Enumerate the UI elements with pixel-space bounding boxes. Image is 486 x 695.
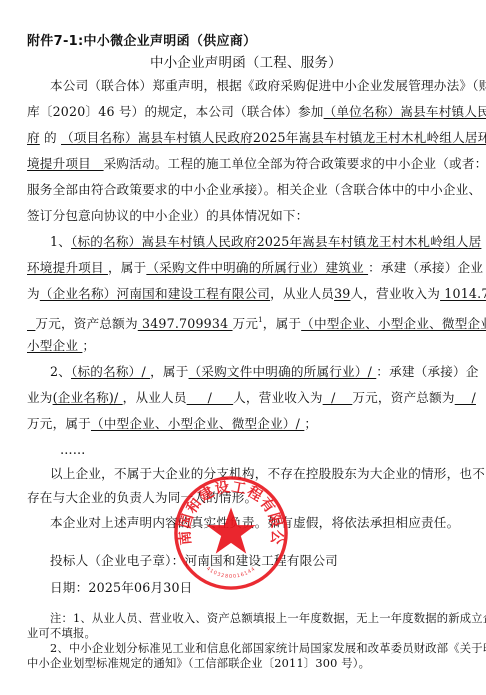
item1-assets: 3497.709934 <box>138 316 233 331</box>
item2-employees: / <box>187 390 233 405</box>
item1-size-value: 小型企业 <box>27 338 82 353</box>
note-2-line-2: 中小企业划型标准规定的通知》（工信部联企业〔2011〕300 号）。 <box>27 657 370 671</box>
item1-line-4: 万元，资产总额为 3497.709934 万元1，属于（中型企业、小型企业、微型… <box>27 312 486 332</box>
item2-line-3: 万元，属于（中型企业、小型企业、微型企业）/ ； <box>27 416 317 432</box>
item1-subject-name: （标的名称）嵩县车村镇人民政府2025年嵩县车村镇龙王村木札岭组人居 <box>71 234 481 249</box>
unit-name-field: （单位名称）嵩县车村镇人民政 <box>324 104 486 119</box>
intro-line-6: 签订分包意向协议的中小企业）的具体情况如下： <box>27 208 308 224</box>
date-label: 日期： <box>50 580 88 595</box>
item2-size-options: （中型企业、小型企业、微型企业）/ <box>91 416 304 431</box>
star-icon <box>206 507 255 553</box>
item2-line-1: 2、（标的名称）/ ，属于（采购文件中明确的所属行业）/ ：承建（承接）企 <box>50 364 479 380</box>
item1-line-1: 1、（标的名称）嵩县车村镇人民政府2025年嵩县车村镇龙王村木札岭组人居 <box>50 234 481 250</box>
item2-assets: / <box>455 390 476 405</box>
item2-company: (企业名称)/ <box>53 390 123 405</box>
item1-size-options: （中型企业、小型企业、微型企业） <box>301 316 486 331</box>
attachment-title: 附件7-1:中小微企业声明函（供应商） <box>27 34 256 50</box>
item2-revenue: / <box>323 390 353 405</box>
company-seal: 河南国和建设工程有限公司 4103280016144 <box>172 474 290 592</box>
item1-revenue: 1014.709934 <box>440 286 486 301</box>
item2-line-2: 业为(企业名称)/ ，从业人员 / 人，营业收入为 / 万元，资产总额为 / <box>27 390 476 406</box>
document-page: 附件7-1:中小微企业声明函（供应商） 中小企业声明函（工程、服务） 本公司（联… <box>0 0 486 695</box>
item2-subject-name: （标的名称）/ <box>71 364 150 379</box>
ellipsis: …… <box>60 442 86 458</box>
note-2-line-1: 2、中小企业划分标准见工业和信息化部国家统计局国家发展和改革委员财政部《关于印发 <box>50 642 486 656</box>
intro-line-3: 府 的 （项目名称）嵩县车村镇人民政府2025年嵩县车村镇龙王村木札岭组人居环 <box>27 130 486 146</box>
item1-employees: 39 <box>334 286 350 301</box>
project-name-field: （项目名称）嵩县车村镇人民政府2025年嵩县车村镇龙王村木札岭组人居环 <box>61 130 486 145</box>
declaration-subtitle: 中小企业声明函（工程、服务） <box>150 55 342 71</box>
item2-industry: （采购文件中明确的所属行业）/ <box>189 364 377 379</box>
intro-line-5: 服务全部由符合政策要求的中小企业承接）。相关企业（含联合体中的中小企业、 <box>27 182 481 198</box>
item1-company: （企业名称）河南国和建设工程有限公司 <box>40 286 270 301</box>
intro-line-2: 库〔2020〕46 号）的规定，本公司（联合体）参加（单位名称）嵩县车村镇人民政 <box>27 104 486 120</box>
item1-line-5: 小型企业 ； <box>27 338 95 354</box>
signer-label: 投标人（企业电子章）： <box>50 553 184 568</box>
item1-line-3: 为（企业名称）河南国和建设工程有限公司，从业人员39人，营业收入为 1014.7… <box>27 286 486 302</box>
intro-line-1: 本公司（联合体）郑重声明，根据《政府采购促进中小企业发展管理办法》（财 <box>50 78 486 94</box>
note-1-line-1: 注：1、从业人员、营业收入、资产总额填报上一年度数据，无上一年度数据的新成立企 <box>50 612 486 626</box>
note-1-line-2: 业可不填报。 <box>27 627 96 641</box>
svg-text:4103280016144: 4103280016144 <box>205 566 257 580</box>
intro-line-4: 境提升项目 采购活动。工程的施工单位全部为符合政策要求的中小企业（或者： <box>27 156 486 172</box>
item1-line-2: 环境提升项目 ，属于（采购文件中明确的所属行业）建筑业 ：承建（承接）企业 <box>27 260 483 276</box>
item1-industry: （采购文件中明确的所属行业）建筑业 <box>146 260 368 275</box>
